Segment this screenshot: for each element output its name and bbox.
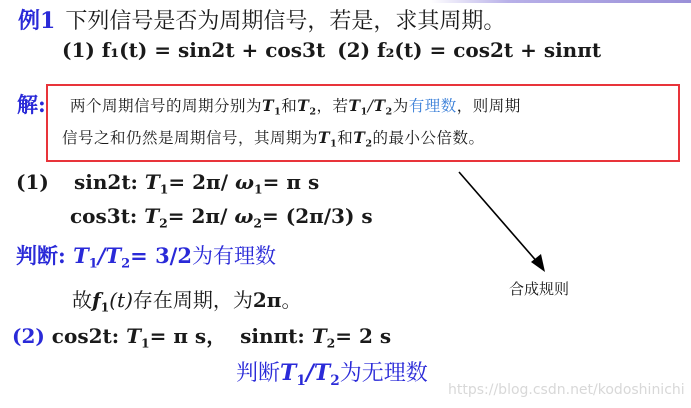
text: 。 (281, 288, 301, 312)
symbol-T: T (73, 243, 89, 268)
subscript: 1 (101, 299, 110, 314)
text: = 2π/ (168, 170, 235, 194)
text: 为 (393, 97, 409, 115)
top-decorative-band (430, 0, 691, 3)
text: 和 (337, 129, 353, 147)
subscript: 1 (141, 335, 150, 350)
result: = π s (263, 170, 320, 194)
example-question: 例1下列信号是否为周期信号，若是，求其周期。 (18, 4, 505, 35)
arrow-icon (455, 168, 555, 278)
text: 信号之和仍然是周期信号，其周期为 (62, 129, 318, 147)
term: sin2t: (74, 170, 145, 194)
subscript: 1 (361, 106, 368, 117)
symbol-T: T (318, 128, 330, 147)
result: = 2 s (335, 324, 391, 348)
term: cos3t: (70, 204, 144, 228)
symbol-T: T (349, 96, 361, 115)
text: 两个周期信号的周期分别为 (70, 97, 262, 115)
text: = 2π/ (168, 204, 235, 228)
symbol-T: T (312, 324, 327, 348)
subscript: 2 (365, 138, 372, 149)
judge-text: 为有理数 (192, 244, 276, 268)
text: 存在周期，为 (133, 288, 253, 312)
equation-2: (2) f₂(t) = cos2t + sinπt (337, 38, 601, 62)
subscript: 2 (386, 106, 393, 117)
part1-judgement: 判断: T1/T2= 3/2为有理数 (16, 240, 276, 270)
result: = π s， (150, 324, 227, 348)
subscript: 1 (89, 257, 98, 272)
solution-line-1: 两个周期信号的周期分别为T1和T2，若T1/T2为有理数，则周期 (70, 94, 521, 116)
subscript: 2 (309, 106, 316, 117)
judge-label: 判断: (16, 243, 73, 268)
watermark: https://blog.csdn.net/kodoshinichi (448, 382, 685, 398)
part2-judgement: 判断T1/T2为无理数 (236, 356, 428, 387)
argument: (t) (109, 288, 133, 312)
text: 和 (281, 97, 297, 115)
text: 的最小公倍数。 (373, 129, 485, 147)
solution-line-2: 信号之和仍然是周期信号，其周期为T1和T2的最小公倍数。 (62, 126, 485, 148)
symbol-T: T (262, 96, 274, 115)
period-value: 2π (253, 288, 282, 312)
subscript: 2 (121, 257, 130, 272)
part1-cos-line: cos3t: T2= 2π/ ω2= (2π/3) s (70, 204, 373, 228)
subscript: 2 (330, 373, 339, 389)
part1-conclusion: 故f1(t)存在周期，为2π。 (72, 284, 301, 313)
symbol-T: T (105, 243, 121, 268)
judge-text: 为无理数 (340, 361, 428, 386)
symbol-omega: ω (234, 204, 253, 228)
part-label: (2) (12, 324, 45, 348)
solution-label: 解: (17, 89, 46, 119)
symbol-T: T (145, 170, 160, 194)
text: 故 (72, 288, 92, 312)
symbol-omega: ω (235, 170, 254, 194)
subscript: 2 (159, 215, 168, 230)
equations: (1) f₁(t) = sin2t + cos3t(2) f₂(t) = cos… (62, 38, 601, 62)
symbol-T: T (126, 324, 141, 348)
text: ，则周期 (457, 97, 521, 115)
equation-1: (1) f₁(t) = sin2t + cos3t (62, 38, 325, 62)
term: cos2t: (45, 324, 126, 348)
example-tag: 例1 (18, 8, 55, 34)
part2-line: (2) cos2t: T1= π s， sinπt: T2= 2 s (12, 320, 391, 349)
term: sinπt: (226, 324, 312, 348)
judge-label: 判断 (236, 361, 280, 386)
symbol-T: T (280, 360, 296, 386)
symbol-T: T (373, 96, 385, 115)
part-label: (1) (16, 170, 74, 194)
symbol-T: T (314, 360, 330, 386)
text: ，若 (317, 97, 349, 115)
symbol-f: f (92, 288, 101, 312)
symbol-T: T (297, 96, 309, 115)
annotation-label: 合成规则 (509, 278, 569, 299)
result: = (2π/3) s (262, 204, 373, 228)
subscript: 1 (296, 373, 305, 389)
rational-number-highlight: 有理数 (409, 97, 457, 115)
symbol-T: T (144, 204, 159, 228)
question-text: 下列信号是否为周期信号，若是，求其周期。 (65, 9, 505, 34)
subscript: 1 (254, 181, 263, 196)
ratio-value: = 3/2 (130, 243, 192, 268)
slash: / (306, 360, 314, 386)
part1-sin-line: (1)sin2t: T1= 2π/ ω1= π s (16, 170, 319, 194)
symbol-T: T (353, 128, 365, 147)
subscript: 2 (327, 335, 336, 350)
subscript: 2 (253, 215, 262, 230)
